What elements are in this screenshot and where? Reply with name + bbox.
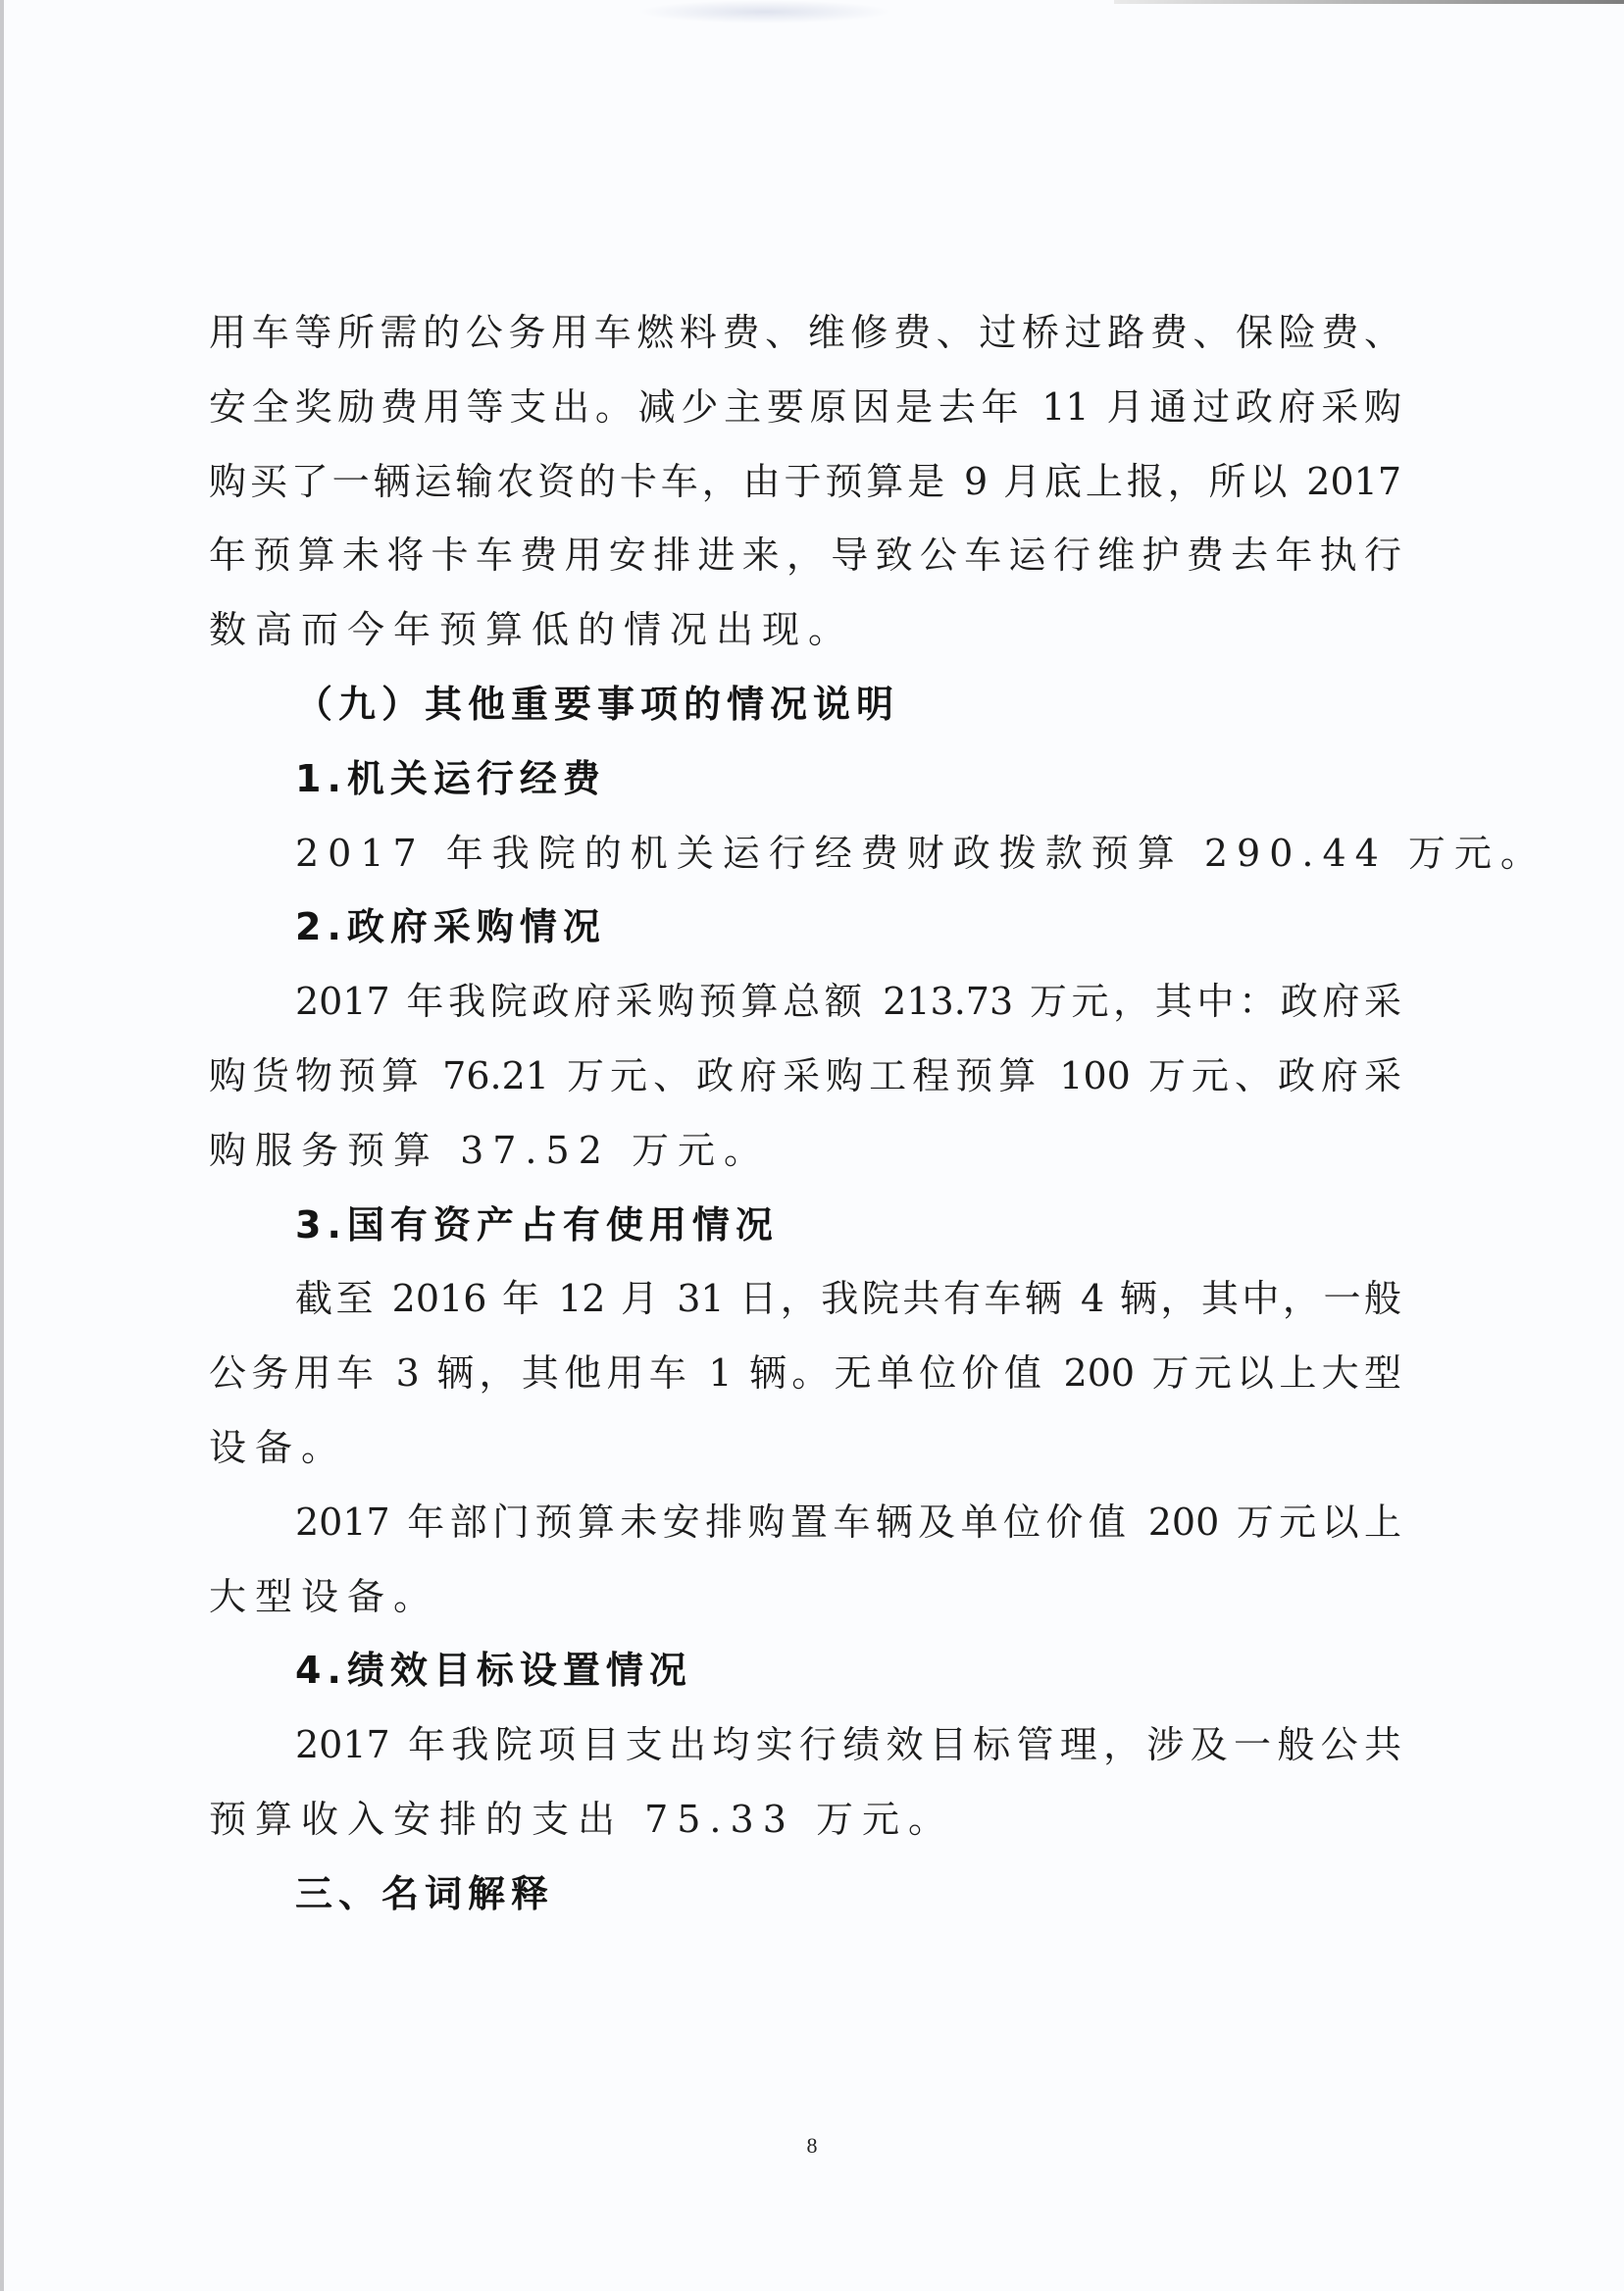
- body-line: 2017 年我院政府采购预算总额 213.73 万元，其中：政府采: [209, 965, 1401, 1040]
- subheading-state-assets: 3.国有资产占有使用情况: [209, 1189, 1401, 1263]
- body-line: 2017 年我院项目支出均实行绩效目标管理，涉及一般公共: [209, 1708, 1401, 1783]
- body-line: 2017 年我院的机关运行经费财政拨款预算 290.44 万元。: [209, 817, 1401, 891]
- body-line: 公务用车 3 辆，其他用车 1 辆。无单位价值 200 万元以上大型: [209, 1337, 1401, 1411]
- subheading-performance-targets: 4.绩效目标设置情况: [209, 1634, 1401, 1708]
- body-line: 大型设备。: [209, 1560, 1401, 1635]
- subheading-operating-expenses: 1.机关运行经费: [209, 742, 1401, 817]
- section-heading-other-matters: （九）其他重要事项的情况说明: [209, 668, 1401, 742]
- body-line: 安全奖励费用等支出。减少主要原因是去年 11 月通过政府采购: [209, 371, 1401, 445]
- body-line: 2017 年部门预算未安排购置车辆及单位价值 200 万元以上: [209, 1486, 1401, 1560]
- section-heading-glossary: 三、名词解释: [209, 1858, 1401, 1932]
- body-line: 数高而今年预算低的情况出现。: [209, 593, 1401, 668]
- body-line: 用车等所需的公务用车燃料费、维修费、过桥过路费、保险费、: [209, 296, 1401, 371]
- body-line: 设备。: [209, 1411, 1401, 1486]
- body-line: 购服务预算 37.52 万元。: [209, 1114, 1401, 1189]
- body-line: 购买了一辆运输农资的卡车，由于预算是 9 月底上报，所以 2017: [209, 445, 1401, 520]
- body-line: 购货物预算 76.21 万元、政府采购工程预算 100 万元、政府采: [209, 1040, 1401, 1114]
- scan-edge-left: [0, 0, 4, 2291]
- body-line: 截至 2016 年 12 月 31 日，我院共有车辆 4 辆，其中，一般: [209, 1262, 1401, 1337]
- body-line: 预算收入安排的支出 75.33 万元。: [209, 1783, 1401, 1858]
- page-number: 8: [0, 2133, 1624, 2159]
- scan-smudge: [637, 0, 892, 24]
- body-line: 年预算未将卡车费用安排进来，导致公车运行维护费去年执行: [209, 519, 1401, 593]
- subheading-government-procurement: 2.政府采购情况: [209, 891, 1401, 965]
- scan-edge-top: [1114, 0, 1624, 4]
- document-page: 用车等所需的公务用车燃料费、维修费、过桥过路费、保险费、 安全奖励费用等支出。减…: [209, 296, 1401, 1932]
